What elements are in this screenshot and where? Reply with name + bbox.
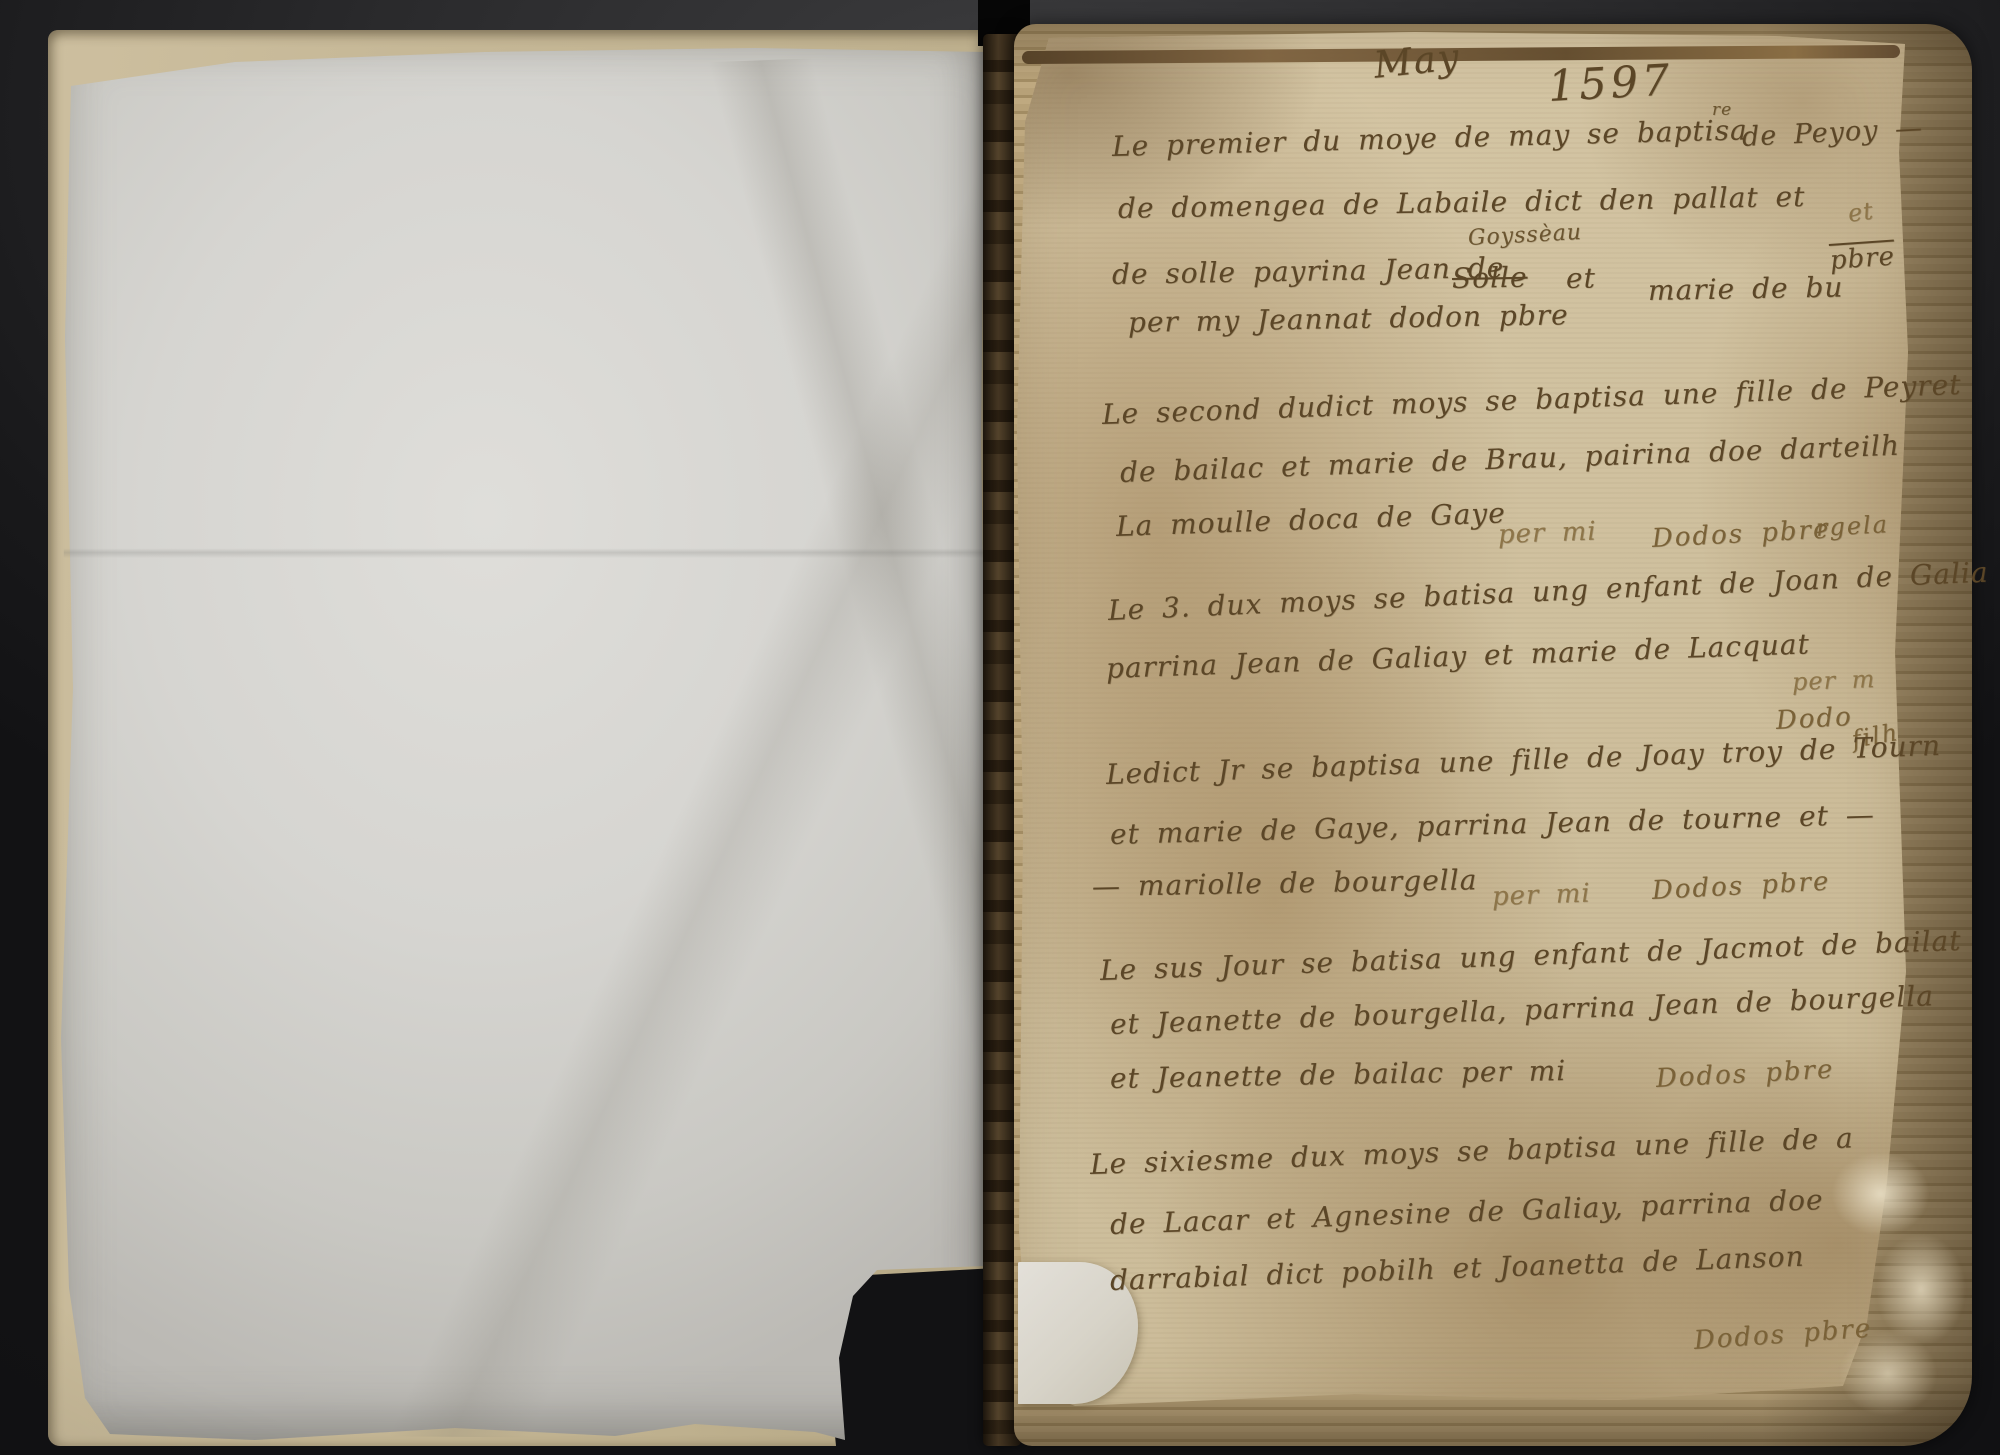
manuscript-line: de bailac et marie de Brau, pairina doe … — [1119, 429, 1900, 489]
manuscript-line: et Jeanette de bourgella, parrina Jean d… — [1109, 979, 1934, 1041]
manuscript-line: darrabial dict pobilh et Joanetta de Lan… — [1109, 1240, 1805, 1297]
manuscript-line: parrina Jean de Galiay et marie de Lacqu… — [1105, 627, 1810, 685]
header-year: 1597 — [1547, 55, 1675, 111]
manuscript-text-layer: May 1597 Le premier du moye de may se ba… — [0, 0, 2000, 1455]
manuscript-line: marie de bu — [1648, 271, 1844, 307]
manuscript-line: de domengea de Labaile dict den pallat e… — [1118, 180, 1806, 225]
manuscript-line: Dodos pbre — [1655, 1055, 1835, 1094]
manuscript-line: et marie de Gaye, parrina Jean de tourne… — [1110, 798, 1876, 851]
manuscript-line: per my Jeannat dodon pbre — [1128, 298, 1569, 339]
manuscript-line: Le sus Jour se batisa ung enfant de Jacm… — [1099, 924, 1962, 987]
header-month: May — [1372, 35, 1463, 87]
manuscript-line: Dodos pbre — [1693, 1314, 1873, 1356]
manuscript-line: de Lacar et Agnesine de Galiay, parrina … — [1109, 1183, 1824, 1241]
manuscript-line: Le 3. dux moys se batisa ung enfant de J… — [1107, 556, 1989, 627]
manuscript-line: pbre — [1829, 241, 1896, 275]
manuscript-line: et — [1566, 261, 1596, 295]
manuscript-line: per mi — [1491, 879, 1591, 912]
manuscript-line: Dodos pbre — [1651, 515, 1831, 554]
manuscript-line: Solle — [1452, 261, 1528, 295]
manuscript-line: de Peyoy — — [1741, 113, 1923, 153]
manuscript-line: per m — [1792, 665, 1876, 696]
manuscript-line: per mi — [1497, 517, 1597, 550]
manuscript-line: La moulle doca de Gaye — [1115, 496, 1506, 543]
manuscript-line: et — [1846, 197, 1876, 228]
manuscript-line: Le sixiesme dux moys se baptisa une fill… — [1089, 1121, 1854, 1181]
manuscript-line: Ledict Jr se baptisa une fille de Joay t… — [1105, 729, 1941, 791]
manuscript-line: re — [1712, 100, 1732, 120]
manuscript-line: Le second dudict moys se baptisa une fil… — [1101, 368, 1962, 431]
manuscript-line: rgela — [1815, 510, 1889, 542]
manuscript-line: Goyssèau — [1467, 220, 1582, 251]
manuscript-line: de solle payrina Jean de — [1112, 251, 1505, 291]
manuscript-line: Le premier du moye de may se baptisa — [1112, 113, 1749, 163]
manuscript-line: — mariolle de bourgella — [1092, 863, 1478, 903]
manuscript-line: et Jeanette de bailac per mi — [1110, 1054, 1567, 1095]
book-photo: May 1597 Le premier du moye de may se ba… — [0, 0, 2000, 1455]
manuscript-line: Dodos pbre — [1651, 867, 1831, 906]
manuscript-line: Dodo — [1775, 702, 1853, 736]
